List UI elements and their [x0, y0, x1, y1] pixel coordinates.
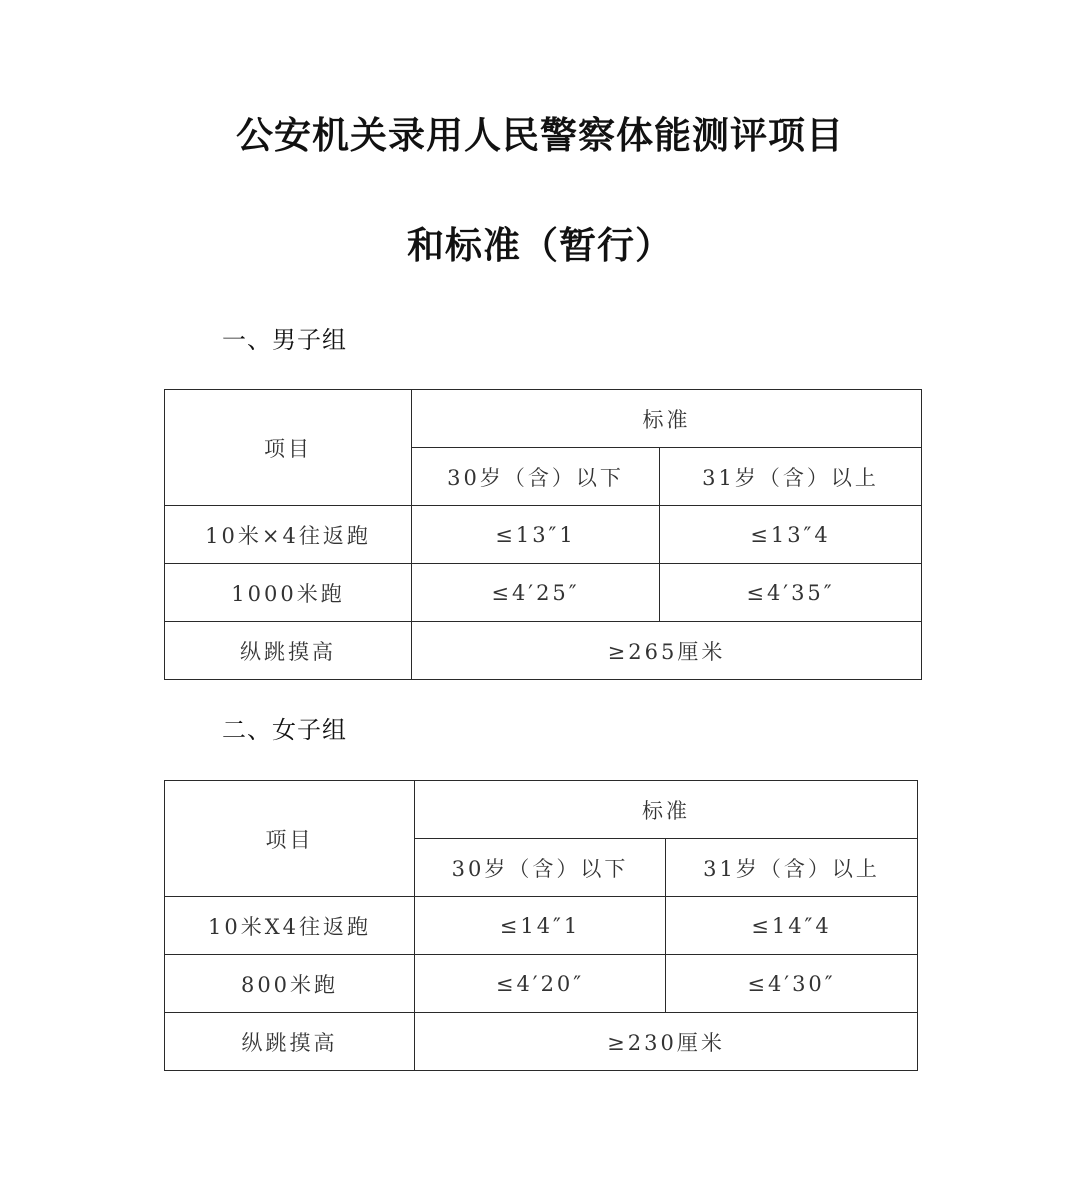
row-value-under-30: ≤14″1 — [415, 897, 666, 955]
header-item-cell: 项目 — [165, 781, 415, 897]
section-heading-female: 二、女子组 — [222, 710, 347, 745]
header-age-over-31: 31岁（含）以上 — [660, 448, 922, 506]
row-item-label: 10米×4往返跑 — [165, 506, 412, 564]
row-item-label: 纵跳摸高 — [165, 622, 412, 680]
table-row: 10米×4往返跑 ≤13″1 ≤13″4 — [165, 506, 922, 564]
header-age-under-30: 30岁（含）以下 — [415, 839, 666, 897]
section-heading-male: 一、男子组 — [222, 320, 347, 355]
row-value-over-31: ≤13″4 — [660, 506, 922, 564]
row-merged-value: ≥230厘米 — [415, 1013, 918, 1071]
table-row: 纵跳摸高 ≥265厘米 — [165, 622, 922, 680]
table-header-row: 项目 标准 — [165, 781, 918, 839]
document-page: { "document": { "title_line1": "公安机关录用人民… — [0, 0, 1080, 1182]
row-item-label: 1000米跑 — [165, 564, 412, 622]
header-age-over-31: 31岁（含）以上 — [666, 839, 918, 897]
header-age-under-30: 30岁（含）以下 — [412, 448, 660, 506]
table-row: 10米X4往返跑 ≤14″1 ≤14″4 — [165, 897, 918, 955]
row-merged-value: ≥265厘米 — [412, 622, 922, 680]
header-standard-cell: 标准 — [415, 781, 918, 839]
female-standards-table: 项目 标准 30岁（含）以下 31岁（含）以上 10米X4往返跑 ≤14″1 ≤… — [164, 780, 918, 1071]
row-value-over-31: ≤4′35″ — [660, 564, 922, 622]
table-row: 800米跑 ≤4′20″ ≤4′30″ — [165, 955, 918, 1013]
male-standards-table: 项目 标准 30岁（含）以下 31岁（含）以上 10米×4往返跑 ≤13″1 ≤… — [164, 389, 922, 680]
row-item-label: 800米跑 — [165, 955, 415, 1013]
table-header-row: 项目 标准 — [165, 390, 922, 448]
row-value-under-30: ≤4′20″ — [415, 955, 666, 1013]
header-item-cell: 项目 — [165, 390, 412, 506]
table-row: 纵跳摸高 ≥230厘米 — [165, 1013, 918, 1071]
row-item-label: 纵跳摸高 — [165, 1013, 415, 1071]
table-row: 1000米跑 ≤4′25″ ≤4′35″ — [165, 564, 922, 622]
row-item-label: 10米X4往返跑 — [165, 897, 415, 955]
row-value-under-30: ≤4′25″ — [412, 564, 660, 622]
row-value-under-30: ≤13″1 — [412, 506, 660, 564]
header-standard-cell: 标准 — [412, 390, 922, 448]
document-title-line-2: 和标准（暂行） — [0, 215, 1080, 269]
document-title-line-1: 公安机关录用人民警察体能测评项目 — [0, 105, 1080, 159]
row-value-over-31: ≤14″4 — [666, 897, 918, 955]
row-value-over-31: ≤4′30″ — [666, 955, 918, 1013]
